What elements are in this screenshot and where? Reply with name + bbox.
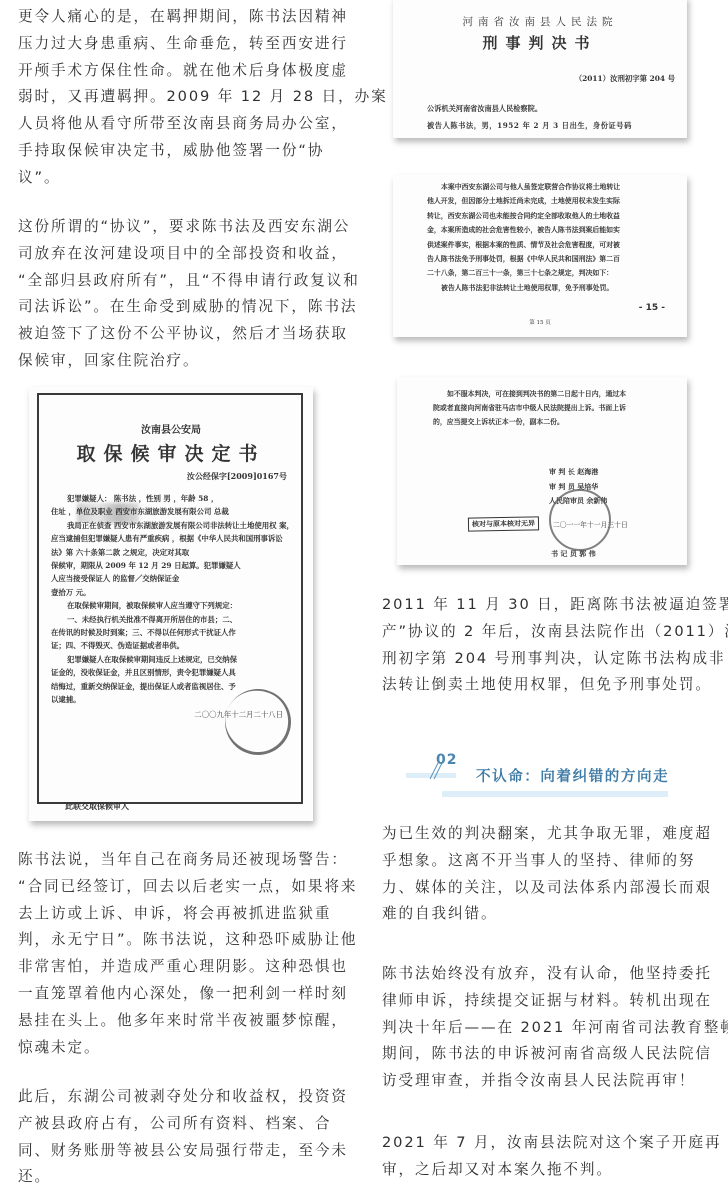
case-number: （2011）汝刑初字第 204 号: [575, 73, 675, 84]
court-seal: [549, 489, 611, 551]
verdict-document-page15-image: 本案中西安东湖公司与他人虽签定联营合作协议将土地转让 他人开发，但因部分土地拆迁…: [393, 175, 687, 337]
paragraph-warning: 陈书法说，当年自己在商务局还被现场警告： “合同已经签订，回去以后老实一点，如果…: [18, 847, 320, 1061]
verdict-document-page1-image: 河南省汝南县人民法院 刑事判决书 （2011）汝刑初字第 204 号 公诉机关河…: [393, 0, 687, 138]
verdict-title: 刑事判决书: [393, 32, 687, 53]
document-number: 汝公经保字[2009]0167号: [187, 471, 287, 482]
defendant-line: 被告人陈书法，男，1952 年 2 月 3 日出生，身份证号码: [427, 121, 632, 131]
bail-decision-document-image: 汝南县公安局 取保候审决定书 汝公经保字[2009]0167号 犯罪嫌疑人： 陈…: [29, 387, 313, 821]
paragraph-verdict: 2011 年 11 月 30 日，距离陈书法被逼迫签署“夺 产”协议的 2 年后…: [382, 592, 684, 699]
document-body: 犯罪嫌疑人： 陈书法 ，性别 男 ，年龄 58 ， 住址 ，单位及职业 西安市东…: [51, 492, 291, 707]
document-footer: 此联交取保候审人: [65, 801, 129, 812]
court-clerk: 书 记 员 郭 伟: [551, 549, 596, 559]
paragraph-retrial: 2021 年 7 月，汝南县法院对这个案子开庭再 审，之后却又对本案久拖不判。: [382, 1130, 684, 1184]
section-title: 不认命：向着纠错的方向走: [476, 765, 669, 786]
section-heading: 02 不认命：向着纠错的方向走: [364, 740, 728, 810]
paragraph-detention: 更令人痛心的是，在羁押期间，陈书法因精神 压力过大身患重病、生命垂危，转至西安进…: [18, 4, 320, 192]
left-column: 更令人痛心的是，在羁押期间，陈书法因精神 压力过大身患重病、生命垂危，转至西安进…: [0, 0, 364, 1200]
heading-underline-bar: [442, 791, 668, 797]
issuing-agency: 汝南县公安局: [29, 421, 313, 436]
paragraph-appeal: 陈书法始终没有放弃，没有认命，他坚持委托 律师申诉，持续提交证据与材料。转机出现…: [382, 961, 684, 1095]
prosecutor-line: 公诉机关河南省汝南县人民检察院。: [427, 104, 542, 114]
court-name: 河南省汝南县人民法院: [393, 14, 687, 29]
document-title: 取保候审决定书: [29, 439, 313, 466]
page-label: 第 15 页: [393, 318, 687, 326]
appeal-notice: 如不服本判决，可在接到判决书的第二日起十日内，通过本 院或者直接向河南省驻马店市…: [433, 387, 673, 429]
verdict-document-final-page-image: 如不服本判决，可在接到判决书的第二日起十日内，通过本 院或者直接向河南省驻马店市…: [397, 377, 687, 565]
right-column: 河南省汝南县人民法院 刑事判决书 （2011）汝刑初字第 204 号 公诉机关河…: [364, 0, 728, 1200]
paragraph-overturn-difficulty: 为已生效的判决翻案，尤其争取无罪，难度超 乎想象。这离不开当事人的坚持、律师的努…: [382, 821, 684, 928]
double-slash-icon: [428, 762, 446, 780]
paragraph-assets-seized: 此后，东湖公司被剥夺处分和收益权，投资资 产被县政府占有，公司所有资料、档案、合…: [18, 1084, 320, 1191]
paragraph-agreement: 这份所谓的“协议”，要求陈书法及西安东湖公 司放弃在汝河建设项目中的全部投资和收…: [18, 214, 320, 375]
page-mark: - 15 -: [639, 303, 665, 313]
verdict-body: 本案中西安东湖公司与他人虽签定联营合作协议将土地转让 他人开发，但因部分土地拆迁…: [427, 180, 677, 295]
verification-stamp: 核对与原本核对无异: [468, 516, 539, 531]
